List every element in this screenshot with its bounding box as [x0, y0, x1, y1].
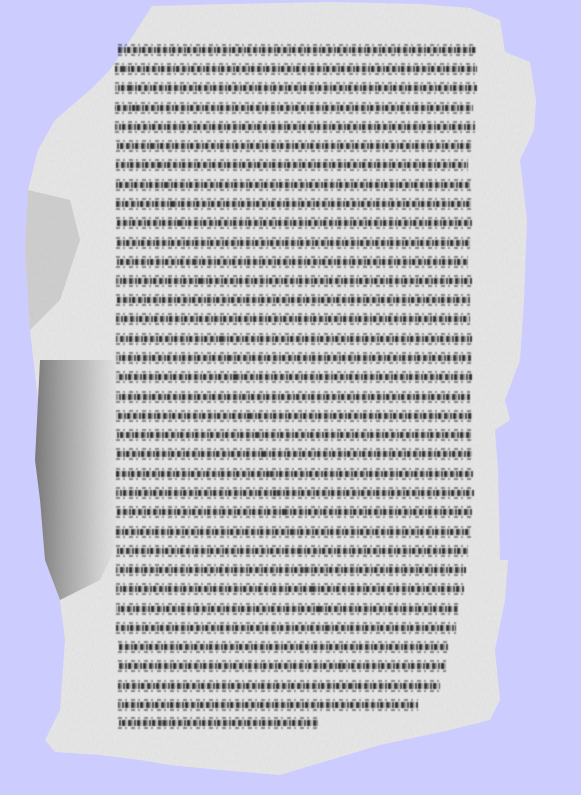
- manuscript-text-line: [118, 644, 448, 650]
- manuscript-text-line: [116, 220, 472, 226]
- manuscript-text-line: [118, 47, 476, 53]
- manuscript-text-line: [116, 278, 472, 284]
- manuscript-text-line: [116, 240, 470, 246]
- manuscript-text-line: [116, 316, 470, 322]
- manuscript-text-line: [115, 124, 475, 130]
- manuscript-text-line: [116, 509, 472, 515]
- manuscript-text-line: [116, 548, 468, 554]
- manuscript-text-column: [0, 0, 581, 795]
- manuscript-text-line: [116, 432, 471, 438]
- manuscript-text-line: [116, 374, 472, 380]
- manuscript-text-line: [118, 663, 446, 669]
- manuscript-text-line: [116, 471, 474, 477]
- manuscript-text-line: [116, 451, 472, 457]
- manuscript-text-line: [116, 336, 472, 342]
- manuscript-text-line: [116, 490, 474, 496]
- manuscript-text-line: [116, 201, 472, 207]
- manuscript-text-line: [116, 259, 468, 265]
- manuscript-text-line: [115, 105, 473, 111]
- manuscript-text-line: [118, 702, 418, 708]
- manuscript-text-line: [116, 394, 470, 400]
- manuscript-text-line: [116, 182, 471, 188]
- manuscript-text-line: [116, 606, 458, 612]
- manuscript-text-line: [116, 297, 470, 303]
- manuscript-text-line: [116, 625, 456, 631]
- manuscript-text-line: [115, 66, 477, 72]
- manuscript-text-line: [115, 85, 477, 91]
- manuscript-text-line: [116, 413, 472, 419]
- manuscript-text-line: [116, 586, 464, 592]
- manuscript-text-line: [116, 162, 468, 168]
- manuscript-text-line: [118, 683, 440, 689]
- manuscript-text-line: [116, 529, 471, 535]
- manuscript-text-line: [118, 720, 318, 726]
- manuscript-text-line: [116, 143, 471, 149]
- manuscript-text-line: [116, 355, 471, 361]
- manuscript-text-line: [116, 567, 466, 573]
